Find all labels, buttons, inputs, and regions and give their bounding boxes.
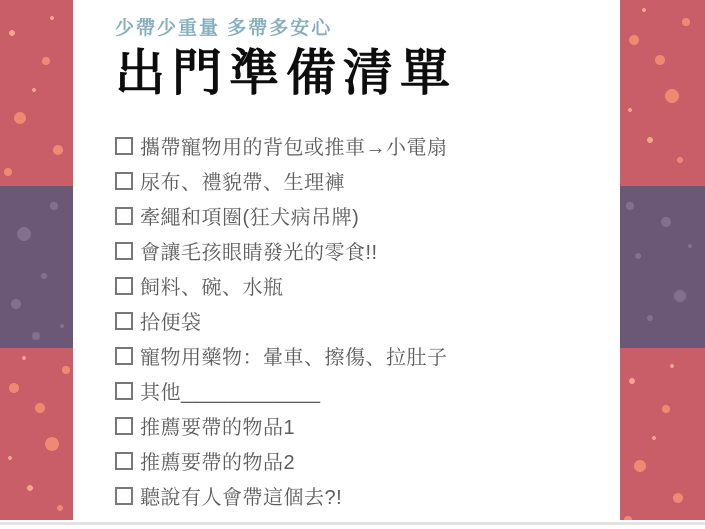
checklist: 攜帶寵物用的背包或推車→小電扇 尿布、禮貌帶、生理褲 牽繩和項圈(狂犬病吊牌) … [115, 128, 610, 513]
page-bottom-edge [0, 522, 705, 525]
empty-checkbox-icon[interactable] [115, 242, 133, 260]
checklist-item: 飼料、碗、水瓶 [115, 268, 610, 303]
checklist-item: 推薦要帶的物品1 [115, 408, 610, 443]
right-border-red-top [620, 0, 705, 186]
left-border-red-bottom [0, 348, 73, 520]
left-border-purple [0, 186, 73, 348]
page-title: 出門準備清單 [115, 44, 610, 102]
right-border-decoration [620, 0, 705, 520]
right-border-red-bottom [620, 348, 705, 520]
checklist-item: 聽說有人會帶這個去?! [115, 478, 610, 513]
empty-checkbox-icon[interactable] [115, 452, 133, 470]
checklist-item-label: 攜帶寵物用的背包或推車→小電扇 [140, 131, 448, 160]
empty-checkbox-icon[interactable] [115, 312, 133, 330]
checklist-item-label: 寵物用藥物：暈車、擦傷、拉肚子 [140, 341, 448, 370]
checklist-item: 寵物用藥物：暈車、擦傷、拉肚子 [115, 338, 610, 373]
checklist-item-label: 尿布、禮貌帶、生理褲 [140, 166, 345, 195]
left-border-red-top [0, 0, 73, 186]
empty-checkbox-icon[interactable] [115, 382, 133, 400]
empty-checkbox-icon[interactable] [115, 277, 133, 295]
page-subtitle: 少帶少重量 多帶多安心 [115, 16, 610, 42]
right-border-purple [620, 186, 705, 348]
empty-checkbox-icon[interactable] [115, 137, 133, 155]
checklist-item-label: 其他____________ [140, 376, 320, 405]
left-border-decoration [0, 0, 73, 520]
checklist-item-label: 拾便袋 [140, 306, 202, 335]
checklist-item: 會讓毛孩眼睛發光的零食!! [115, 233, 610, 268]
empty-checkbox-icon[interactable] [115, 487, 133, 505]
checklist-item: 攜帶寵物用的背包或推車→小電扇 [115, 128, 610, 163]
empty-checkbox-icon[interactable] [115, 207, 133, 225]
checklist-item-label: 聽說有人會帶這個去?! [140, 481, 342, 510]
checklist-page: 少帶少重量 多帶多安心 出門準備清單 攜帶寵物用的背包或推車→小電扇 尿布、禮貌… [115, 16, 610, 513]
checklist-item-label: 推薦要帶的物品1 [140, 411, 295, 440]
empty-checkbox-icon[interactable] [115, 172, 133, 190]
checklist-item-label: 飼料、碗、水瓶 [140, 271, 284, 300]
checklist-item-label: 推薦要帶的物品2 [140, 446, 295, 475]
empty-checkbox-icon[interactable] [115, 417, 133, 435]
checklist-item: 尿布、禮貌帶、生理褲 [115, 163, 610, 198]
checklist-item: 牽繩和項圈(狂犬病吊牌) [115, 198, 610, 233]
checklist-item: 其他____________ [115, 373, 610, 408]
checklist-item-label: 會讓毛孩眼睛發光的零食!! [140, 236, 378, 265]
checklist-item: 推薦要帶的物品2 [115, 443, 610, 478]
empty-checkbox-icon[interactable] [115, 347, 133, 365]
checklist-item-label: 牽繩和項圈(狂犬病吊牌) [140, 201, 359, 230]
checklist-item: 拾便袋 [115, 303, 610, 338]
